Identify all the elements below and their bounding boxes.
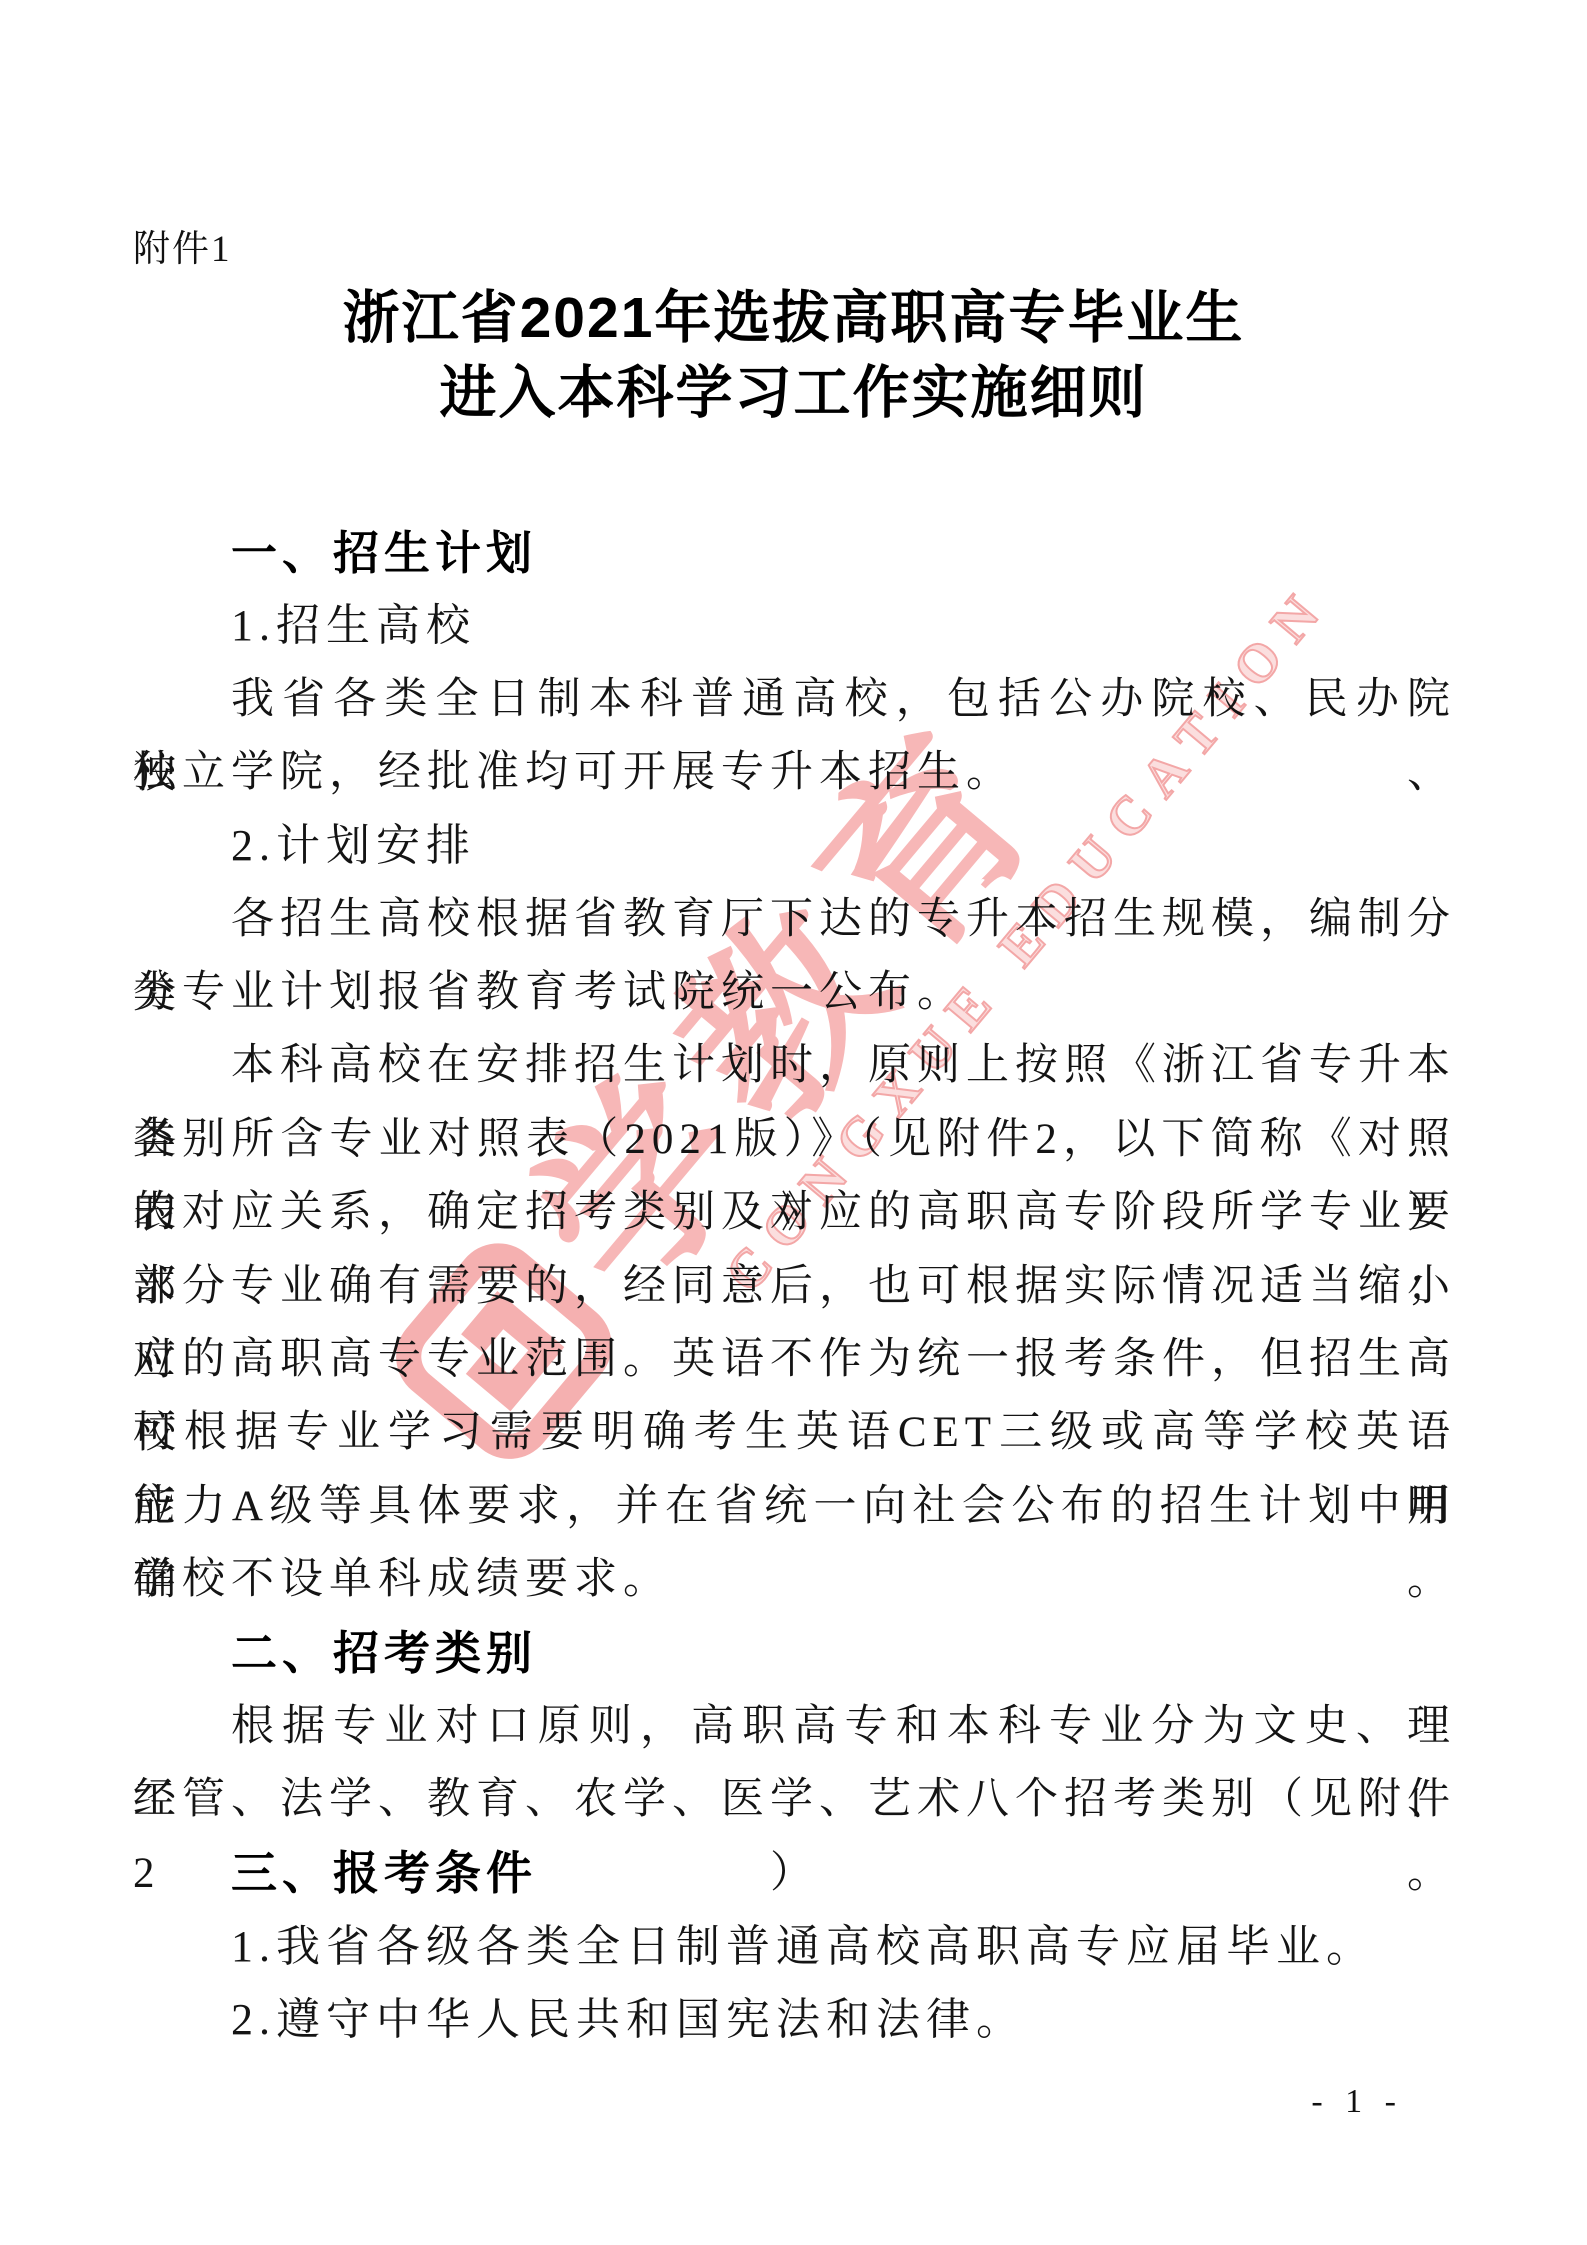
text-line: 应的高职高专专业范围。英语不作为统一报考条件，但招生高校 bbox=[133, 1323, 1456, 1397]
text-line: 一、招生计划 bbox=[133, 516, 1456, 590]
text-line: 独立学院，经批准均可开展专升本招生。 bbox=[133, 736, 1456, 810]
text-line: 能力A级等具体要求，并在省统一向社会公布的招生计划中明确。 bbox=[133, 1470, 1456, 1544]
document-lines: 一、招生计划1.招生高校我省各类全日制本科普通高校，包括公办院校、民办院校、独立… bbox=[0, 0, 1587, 2245]
text-line: 的对应关系，确定招考类别及对应的高职高专阶段所学专业要求； bbox=[133, 1176, 1456, 1250]
text-line: 经管、法学、教育、农学、医学、艺术八个招考类别（见附件2）。 bbox=[133, 1763, 1456, 1837]
text-line: 1.我省各级各类全日制普通高校高职高专应届毕业。 bbox=[133, 1910, 1456, 1984]
text-line: 我省各类全日制本科普通高校，包括公办院校、民办院校、 bbox=[133, 663, 1456, 737]
text-line: 各招生高校根据省教育厅下达的专升本招生规模，编制分类 bbox=[133, 883, 1456, 957]
text-line: 2.遵守中华人民共和国宪法和法律。 bbox=[133, 1983, 1456, 2057]
text-line: 1.招生高校 bbox=[133, 589, 1456, 663]
text-line: 学校不设单科成绩要求。 bbox=[133, 1543, 1456, 1617]
page-number: - 1 - bbox=[1311, 2077, 1403, 2127]
text-line: 二、招考类别 bbox=[133, 1616, 1456, 1690]
text-line: 三、报考条件 bbox=[133, 1836, 1456, 1910]
document-content: 附件1 浙江省2021年选拔高职高专毕业生 进入本科学习工作实施细则 一、招生计… bbox=[0, 0, 1587, 2245]
document-page: 学 教 育 CONGXUE EDUCATION 附件1 浙江省2021年选拔高职… bbox=[0, 0, 1587, 2245]
text-line: 根据专业对口原则，高职高专和本科专业分为文史、理工、 bbox=[133, 1690, 1456, 1764]
text-line: 分专业计划报省教育考试院统一公布。 bbox=[133, 956, 1456, 1030]
text-line: 部分专业确有需要的，经同意后，也可根据实际情况适当缩小对 bbox=[133, 1250, 1456, 1324]
text-line: 2.计划安排 bbox=[133, 809, 1456, 883]
text-line: 本科高校在安排招生计划时，原则上按照《浙江省专升本各 bbox=[133, 1029, 1456, 1103]
text-line: 类别所含专业对照表（2021版）》（见附件2，以下简称《对照表》） bbox=[133, 1103, 1456, 1177]
text-line: 可根据专业学习需要明确考生英语CET三级或高等学校英语应用 bbox=[133, 1396, 1456, 1470]
